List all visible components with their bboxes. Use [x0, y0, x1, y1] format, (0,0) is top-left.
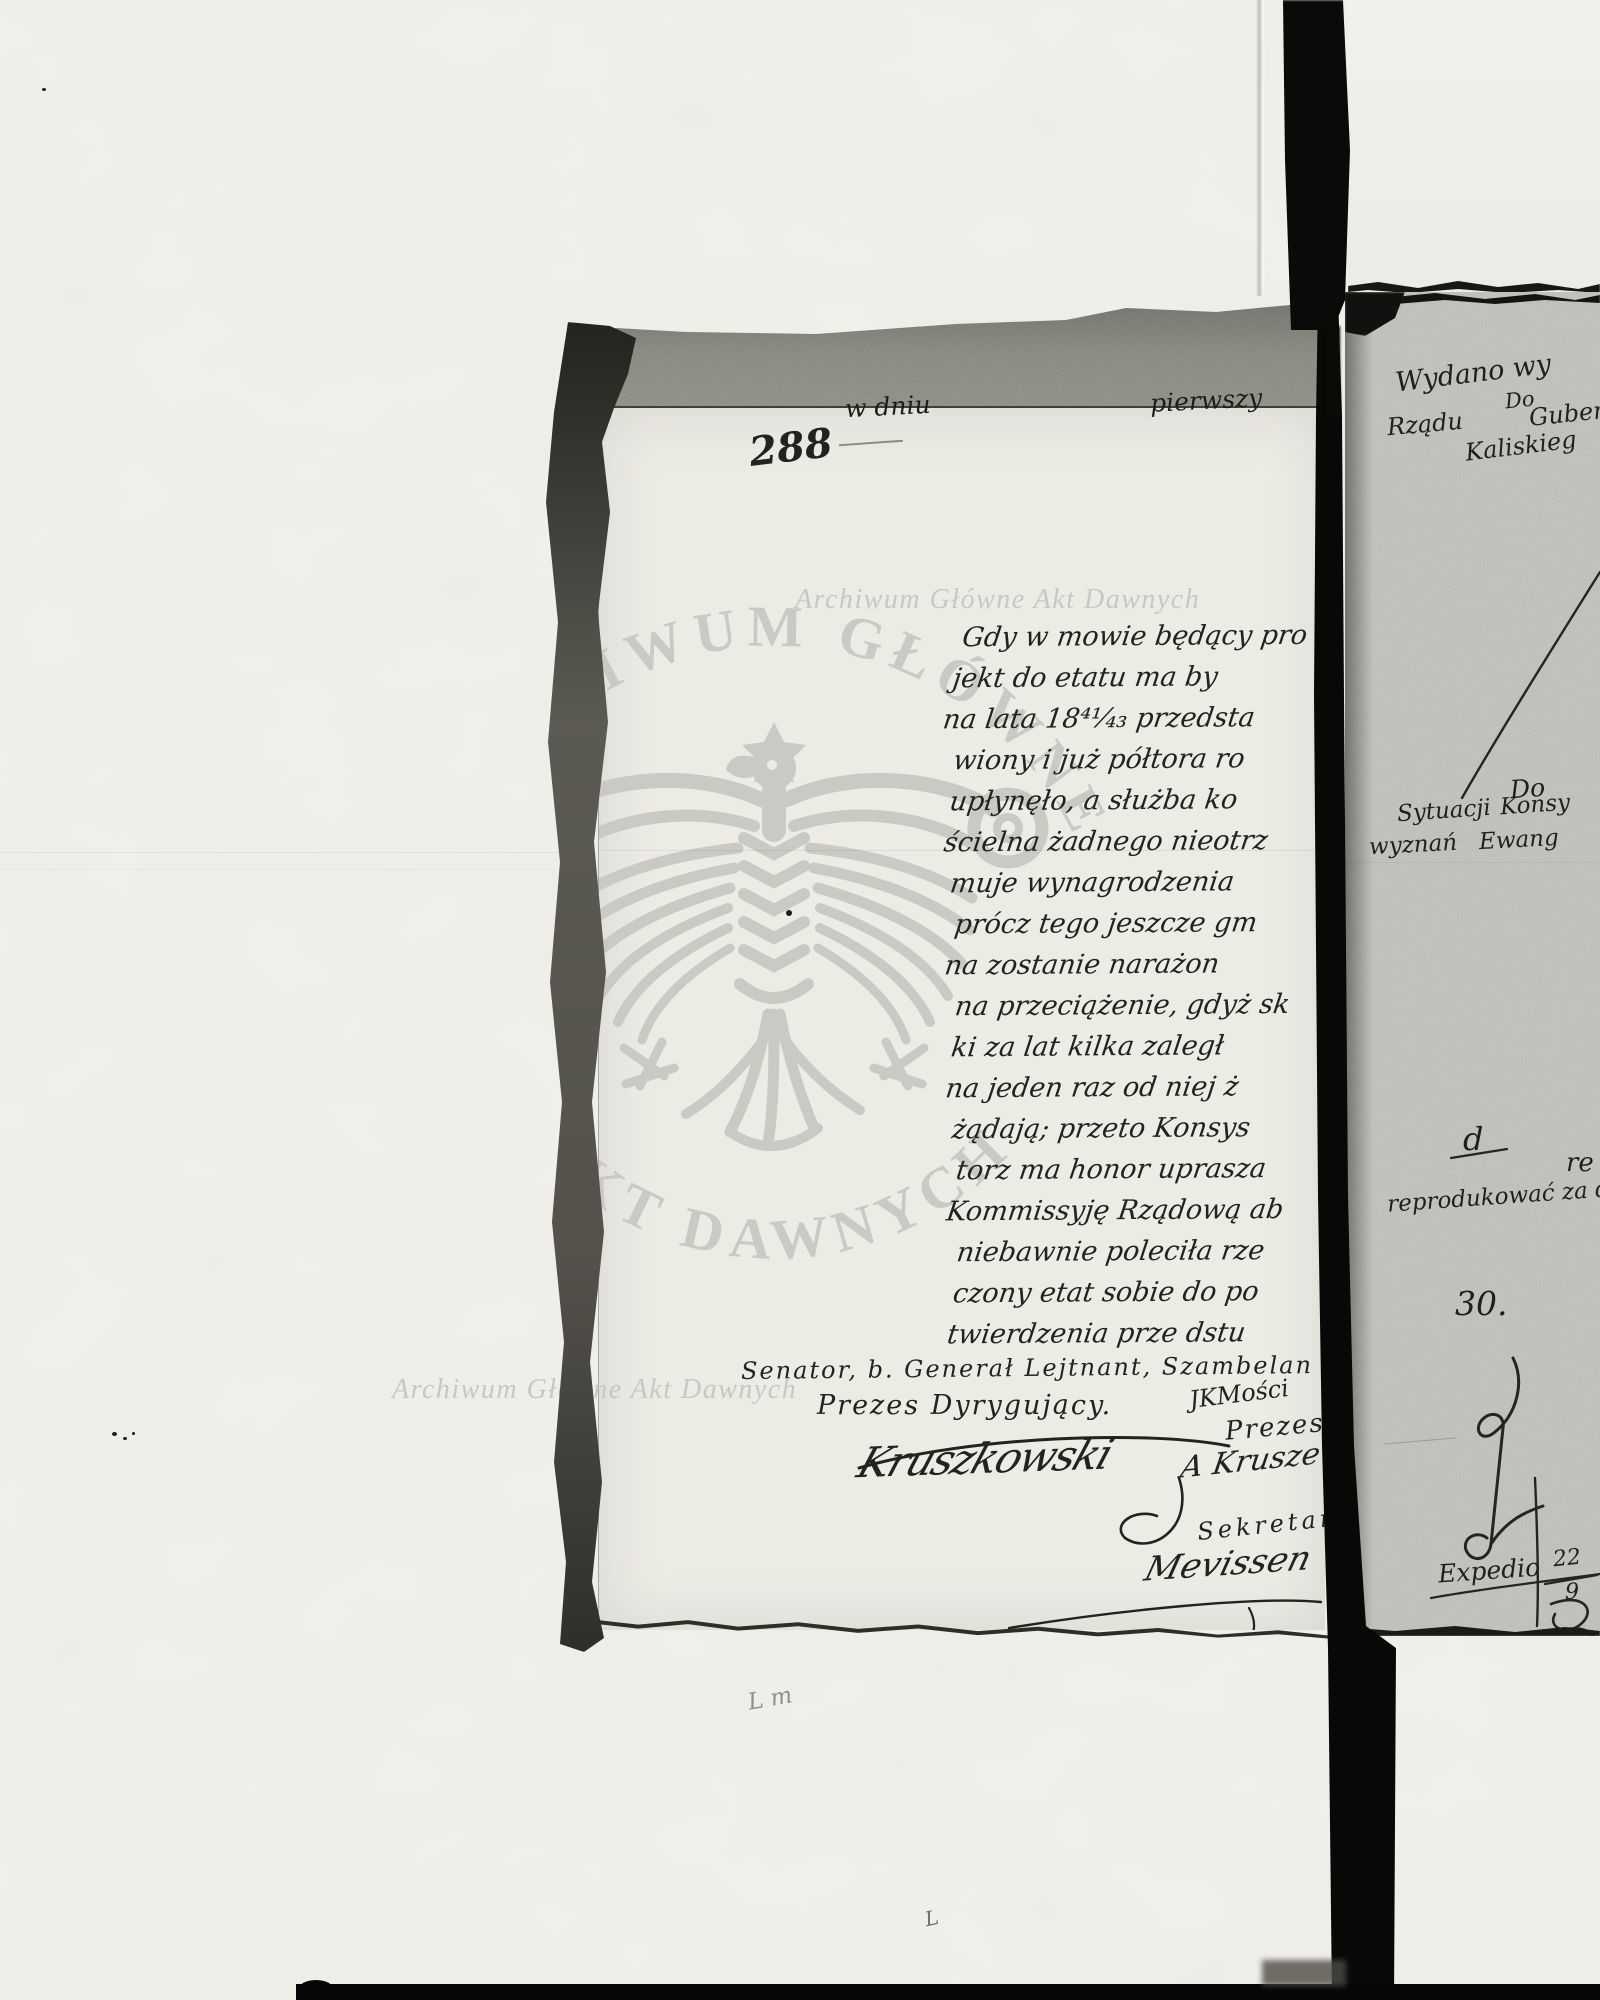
- ink-speck: [123, 1437, 127, 1440]
- body-line: jekt do etatu ma by: [950, 656, 1325, 700]
- body-line: na jeden raz od niej ż: [943, 1066, 1325, 1110]
- crease-line: [599, 850, 1325, 851]
- background-mark: L: [923, 1905, 941, 1931]
- body-line: ki za lat kilka zaległ: [949, 1025, 1325, 1069]
- body-line: Gdy w mowie będący pro: [960, 615, 1325, 659]
- rp-mid-2b: Ewang: [1478, 825, 1559, 855]
- body-line: wiony i już półtora ro: [951, 738, 1325, 782]
- rp-mid-1a: Sytuacji: [1396, 795, 1491, 827]
- header-fragment-2: pierwszy: [1149, 383, 1263, 418]
- rp-expedit-den: 9: [1565, 1580, 1579, 1605]
- sheet-fold-line: [1256, 0, 1266, 296]
- body-line: torz ma honor uprasza: [954, 1148, 1325, 1192]
- crease-line: [0, 869, 556, 870]
- rp-reproduce-line: reprodukować za d: [1386, 1176, 1600, 1217]
- bottom-film-smudge: [1262, 1960, 1346, 1986]
- page-number-dash: [839, 440, 903, 446]
- rp-top-rzadu: Rządu: [1386, 407, 1464, 442]
- body-line: żądają; przeto Konsys: [949, 1107, 1325, 1151]
- body-line: na zostanie narażon: [942, 943, 1325, 987]
- ink-speck: [132, 1432, 135, 1435]
- right-gray-page: Wydano wy Do Rządu Guber Kaliskieg Do Sy…: [1345, 292, 1600, 1636]
- rp-mid-2a: wyznań: [1368, 830, 1457, 861]
- body-line: na lata 18⁴¹⁄₄₃ przedsta: [940, 697, 1325, 741]
- closing-role-left: Prezes Dyrygujący.: [817, 1390, 1112, 1421]
- body-line: twierdzenia prze dstu: [945, 1312, 1325, 1356]
- rp-top-line-3: Kaliskieg: [1464, 425, 1578, 466]
- rp-note-re: re: [1566, 1148, 1594, 1178]
- body-line: na przeciążenie, gdyż sk: [952, 984, 1325, 1028]
- pencil-note: L m: [746, 1682, 794, 1715]
- archive-watermark-bottom: Archiwum Główne Akt Dawnych: [392, 1374, 797, 1406]
- crease-line: [1345, 862, 1600, 863]
- body-line: muje wynagrodzenia: [948, 861, 1325, 905]
- body-line: upłynęło, a służba ko: [947, 779, 1325, 823]
- ink-speck: [42, 88, 46, 91]
- photo-canvas: L Wydano wy Do Rządu Guber Kaliskieg Do …: [0, 0, 1600, 2000]
- top-right-sheet: [1348, 0, 1600, 292]
- rp-expedit-num: 22: [1552, 1545, 1582, 1573]
- secretary-signature: Mevissen: [1140, 1538, 1315, 1589]
- body-line: Kommissyję Rządową ab: [944, 1189, 1325, 1233]
- rp-expedit-label: Expedio: [1437, 1552, 1541, 1588]
- body-line: ścielna żadnego nieotrz: [941, 820, 1325, 864]
- header-fragment-1: w dniu: [844, 390, 931, 423]
- closing-title-line: Senator, b. Generał Lejtnant, Szambelan: [741, 1351, 1313, 1385]
- signature-left: Kruszkowski: [851, 1430, 1117, 1488]
- bottom-film-blob: [298, 1980, 334, 2000]
- body-line: czony etat sobie do po: [950, 1271, 1325, 1315]
- ink-speck: [112, 1432, 117, 1436]
- rp-ink-strokes: [1345, 292, 1600, 1636]
- document-page: ARCHIWUM GŁÓWNE AKT DAWNYCH: [598, 406, 1325, 1630]
- gray-page-speckle: [1345, 292, 1600, 1636]
- body-line: prócz tego jeszcze gm: [952, 902, 1325, 946]
- crease-line: [0, 852, 560, 853]
- rp-number-30: 30.: [1455, 1284, 1507, 1323]
- bottom-film-bar: [296, 1984, 1600, 2000]
- ink-speck: [786, 910, 792, 916]
- body-text-block: Gdy w mowie będący pro jekt do etatu ma …: [948, 615, 1325, 1356]
- body-line: niebawnie poleciła rze: [954, 1230, 1325, 1274]
- rp-mid-1b: Konsy: [1499, 790, 1571, 821]
- page-number: 288: [746, 419, 835, 476]
- gray-page-top-edge: [1345, 292, 1600, 306]
- rp-note-d: d: [1463, 1120, 1483, 1158]
- film-black-drip: [1325, 326, 1340, 420]
- archive-watermark-top: Archiwum Główne Akt Dawnych: [795, 584, 1200, 616]
- gray-page-bottom-edge: [1345, 1624, 1600, 1636]
